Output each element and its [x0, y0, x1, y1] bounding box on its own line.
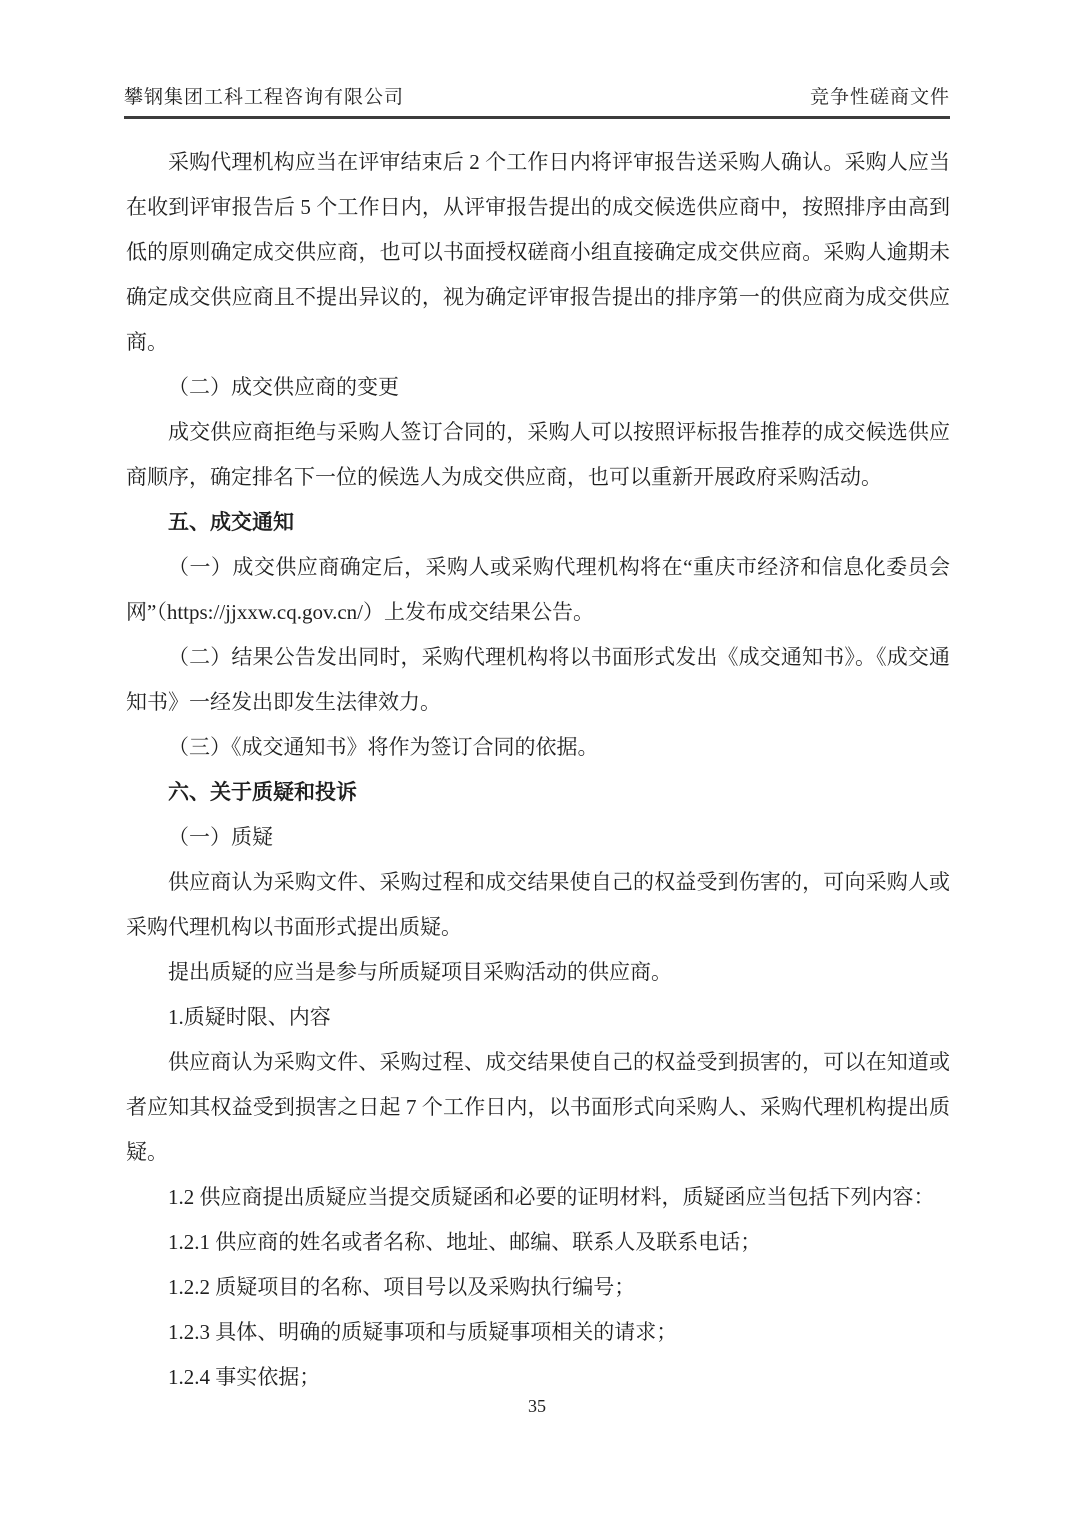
paragraph-contract-basis: （三）《成交通知书》将作为签订合同的依据。 [126, 725, 950, 770]
section-heading-award-notice: 五、成交通知 [126, 500, 950, 545]
list-item-supplier-info: 1.2.1 供应商的姓名或者名称、地址、邮编、联系人及联系电话； [126, 1220, 950, 1265]
paragraph-supplier-change: 成交供应商拒绝与采购人签订合同的，采购人可以按照评标报告推荐的成交候选供应商顺序… [126, 410, 950, 500]
paragraph-query-rights: 供应商认为采购文件、采购过程和成交结果使自己的权益受到伤害的，可向采购人或采购代… [126, 860, 950, 950]
list-item-query-letter: 1.2 供应商提出质疑应当提交质疑函和必要的证明材料，质疑函应当包括下列内容： [126, 1175, 950, 1220]
company-name: 攀钢集团工科工程咨询有限公司 [124, 82, 404, 109]
section-heading-query-complaint: 六、关于质疑和投诉 [126, 770, 950, 815]
page-header: 攀钢集团工科工程咨询有限公司 竞争性磋商文件 [124, 82, 950, 119]
paragraph-result-announcement: （一）成交供应商确定后，采购人或采购代理机构将在“重庆市经济和信息化委员会网”（… [126, 545, 950, 635]
page-footer: 35 [0, 1396, 1074, 1417]
paragraph-query-eligibility: 提出质疑的应当是参与所质疑项目采购活动的供应商。 [126, 950, 950, 995]
subheading-supplier-change: （二）成交供应商的变更 [126, 365, 950, 410]
list-item-project-info: 1.2.2 质疑项目的名称、项目号以及采购执行编号； [126, 1265, 950, 1310]
paragraph-award-confirmation: 采购代理机构应当在评审结束后 2 个工作日内将评审报告送采购人确认。采购人应当在… [126, 140, 950, 365]
list-item-factual-basis: 1.2.4 事实依据； [126, 1355, 950, 1400]
page-number: 35 [528, 1396, 546, 1416]
list-item-query-request: 1.2.3 具体、明确的质疑事项和与质疑事项相关的请求； [126, 1310, 950, 1355]
document-type: 竞争性磋商文件 [810, 82, 950, 109]
document-page: 攀钢集团工科工程咨询有限公司 竞争性磋商文件 采购代理机构应当在评审结束后 2 … [0, 0, 1074, 1520]
subheading-query-time-limit: 1.质疑时限、内容 [126, 995, 950, 1040]
subheading-query: （一）质疑 [126, 815, 950, 860]
paragraph-award-letter: （二）结果公告发出同时，采购代理机构将以书面形式发出《成交通知书》。《成交通知书… [126, 635, 950, 725]
paragraph-query-time-limit: 供应商认为采购文件、采购过程、成交结果使自己的权益受到损害的，可以在知道或者应知… [126, 1040, 950, 1175]
document-body: 采购代理机构应当在评审结束后 2 个工作日内将评审报告送采购人确认。采购人应当在… [126, 140, 950, 1400]
